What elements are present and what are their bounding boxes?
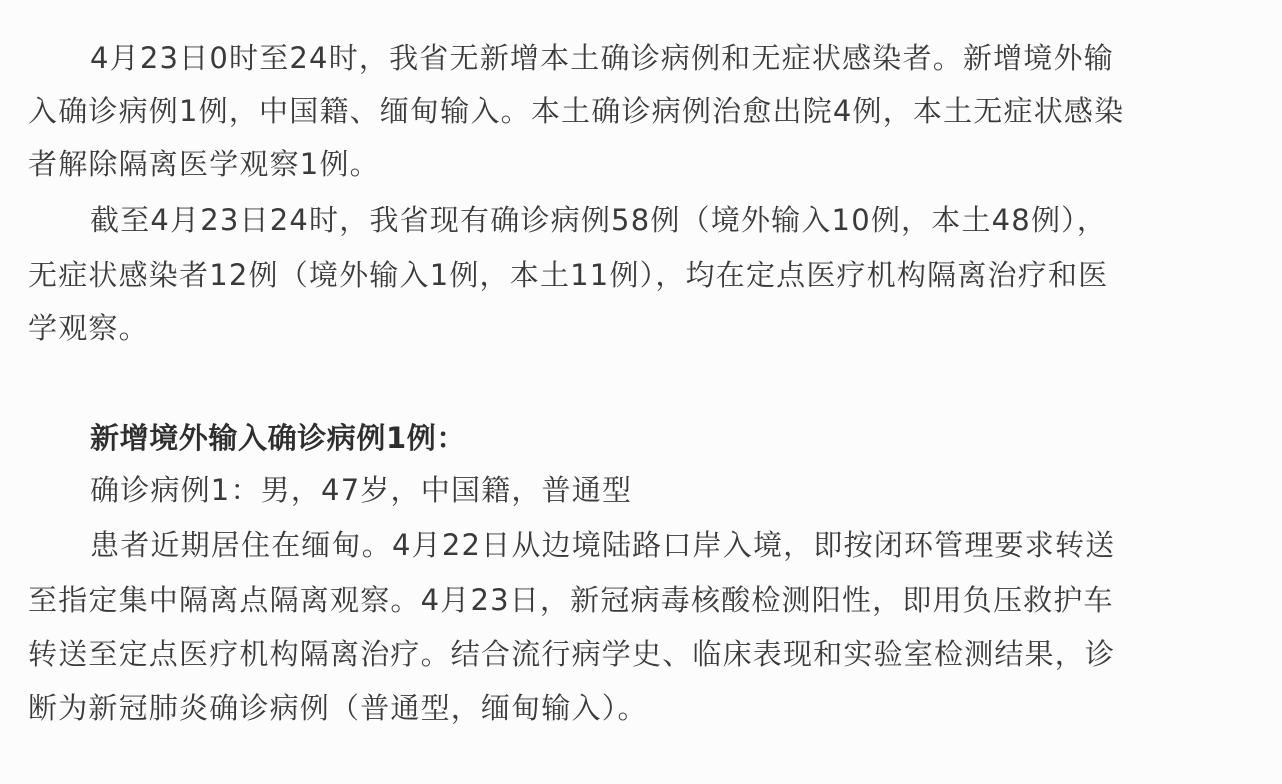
section-heading: 新增境外输入确诊病例1例： — [90, 420, 466, 456]
case-title: 确诊病例1：男，47岁，中国籍，普通型 — [90, 472, 632, 508]
text-line: 4月23日0时至24时，我省无新增本土确诊病例和无症状感染者。新增境外输 — [90, 40, 1114, 76]
text-line: 转送至定点医疗机构隔离治疗。结合流行病学史、临床表现和实验室检测结果，诊 — [28, 636, 1115, 672]
text-line: 断为新冠肺炎确诊病例（普通型，缅甸输入）。 — [28, 690, 648, 726]
text-line: 截至4月23日24时，我省现有确诊病例58例（境外输入10例，本土48例）， — [90, 202, 1107, 238]
text-line: 学观察。 — [28, 310, 149, 346]
text-line: 入确诊病例1例，中国籍、缅甸输入。本土确诊病例治愈出院4例，本土无症状感染 — [28, 93, 1124, 129]
text-line: 无症状感染者12例（境外输入1例，本土11例），均在定点医疗机构隔离治疗和医 — [28, 257, 1108, 293]
text-line: 者解除隔离医学观察1例。 — [28, 146, 380, 182]
text-line: 患者近期居住在缅甸。4月22日从边境陆路口岸入境，即按闭环管理要求转送 — [90, 527, 1115, 563]
text-line: 至指定集中隔离点隔离观察。4月23日，新冠病毒核酸检测阳性，即用负压救护车 — [28, 582, 1114, 618]
